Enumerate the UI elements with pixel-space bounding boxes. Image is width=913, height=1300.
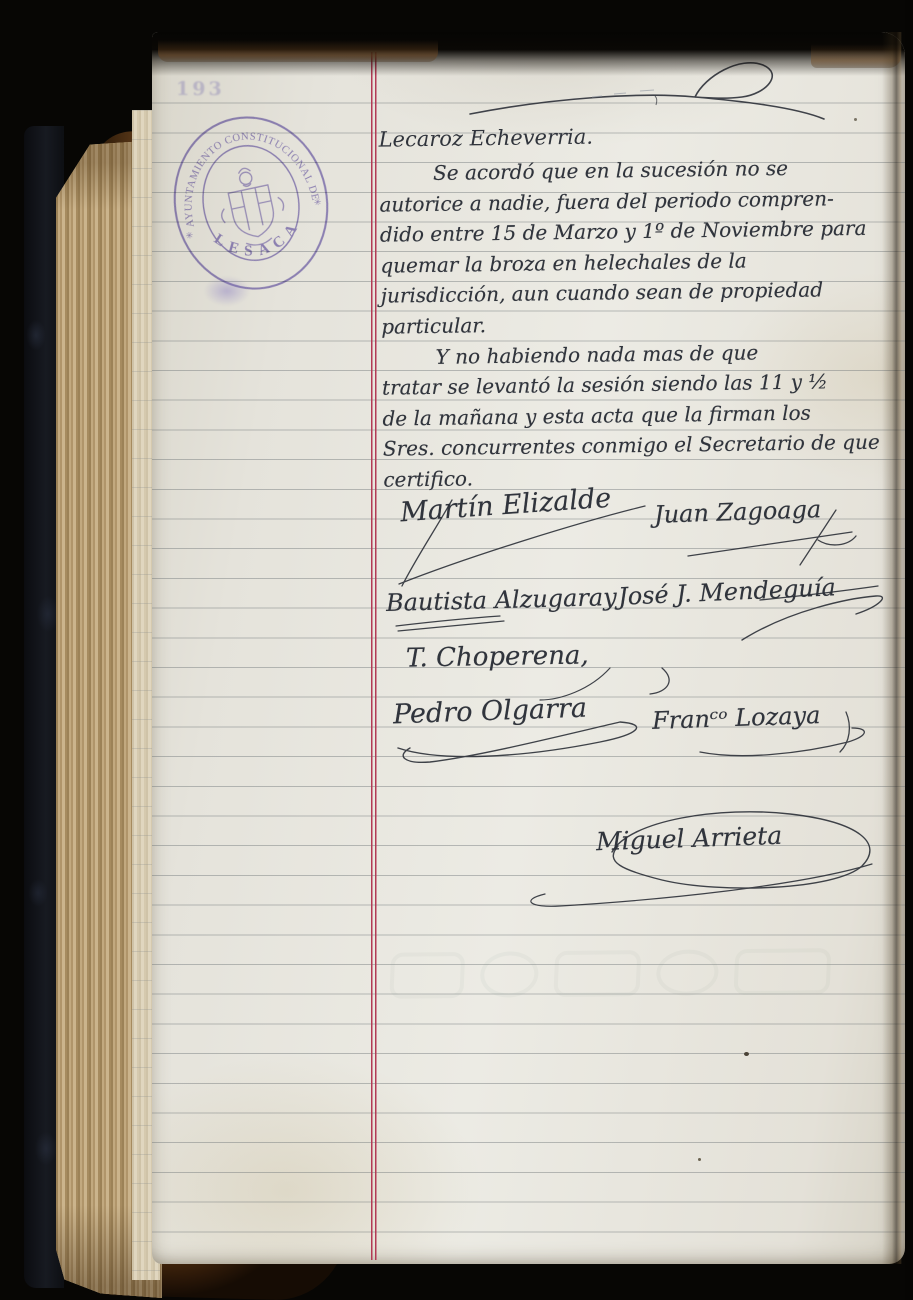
stamp-arc-text: AYUNTAMIENTO CONSTITUCIONAL DE <box>169 118 321 228</box>
manuscript-page: 193 AYUNTAMIENTO CONSTITUCIONAL DE LESAC… <box>152 32 905 1264</box>
paper-speck <box>698 1158 701 1161</box>
svg-text:AYUNTAMIENTO CONSTITUCIONAL DE: AYUNTAMIENTO CONSTITUCIONAL DE <box>169 118 321 228</box>
book-photo: 193 AYUNTAMIENTO CONSTITUCIONAL DE LESAC… <box>0 0 913 1300</box>
manuscript-text: Lecaroz Echeverria. Se acordó que en la … <box>378 120 903 498</box>
signature: T. Choperena, <box>406 640 589 673</box>
page-top-shadow <box>152 32 905 76</box>
background-right <box>905 0 913 1300</box>
stamp-star-left-icon: ✳ <box>185 231 195 242</box>
signature: Juan Zagoaga <box>654 495 822 529</box>
paper-speck <box>854 118 857 121</box>
signature: Franᶜᵒ Lozaya <box>652 701 821 735</box>
paper-speck <box>744 1052 749 1056</box>
stamp-star-right-icon: ✳ <box>313 197 323 208</box>
red-margin-line <box>371 52 377 1260</box>
leather-sliver-left <box>158 40 438 62</box>
paper-watermark <box>389 947 912 1016</box>
page-gutter-fold <box>882 32 902 1264</box>
bleed-through-page-number: 193 <box>176 78 225 100</box>
stamp-ink-smudge <box>204 276 250 306</box>
